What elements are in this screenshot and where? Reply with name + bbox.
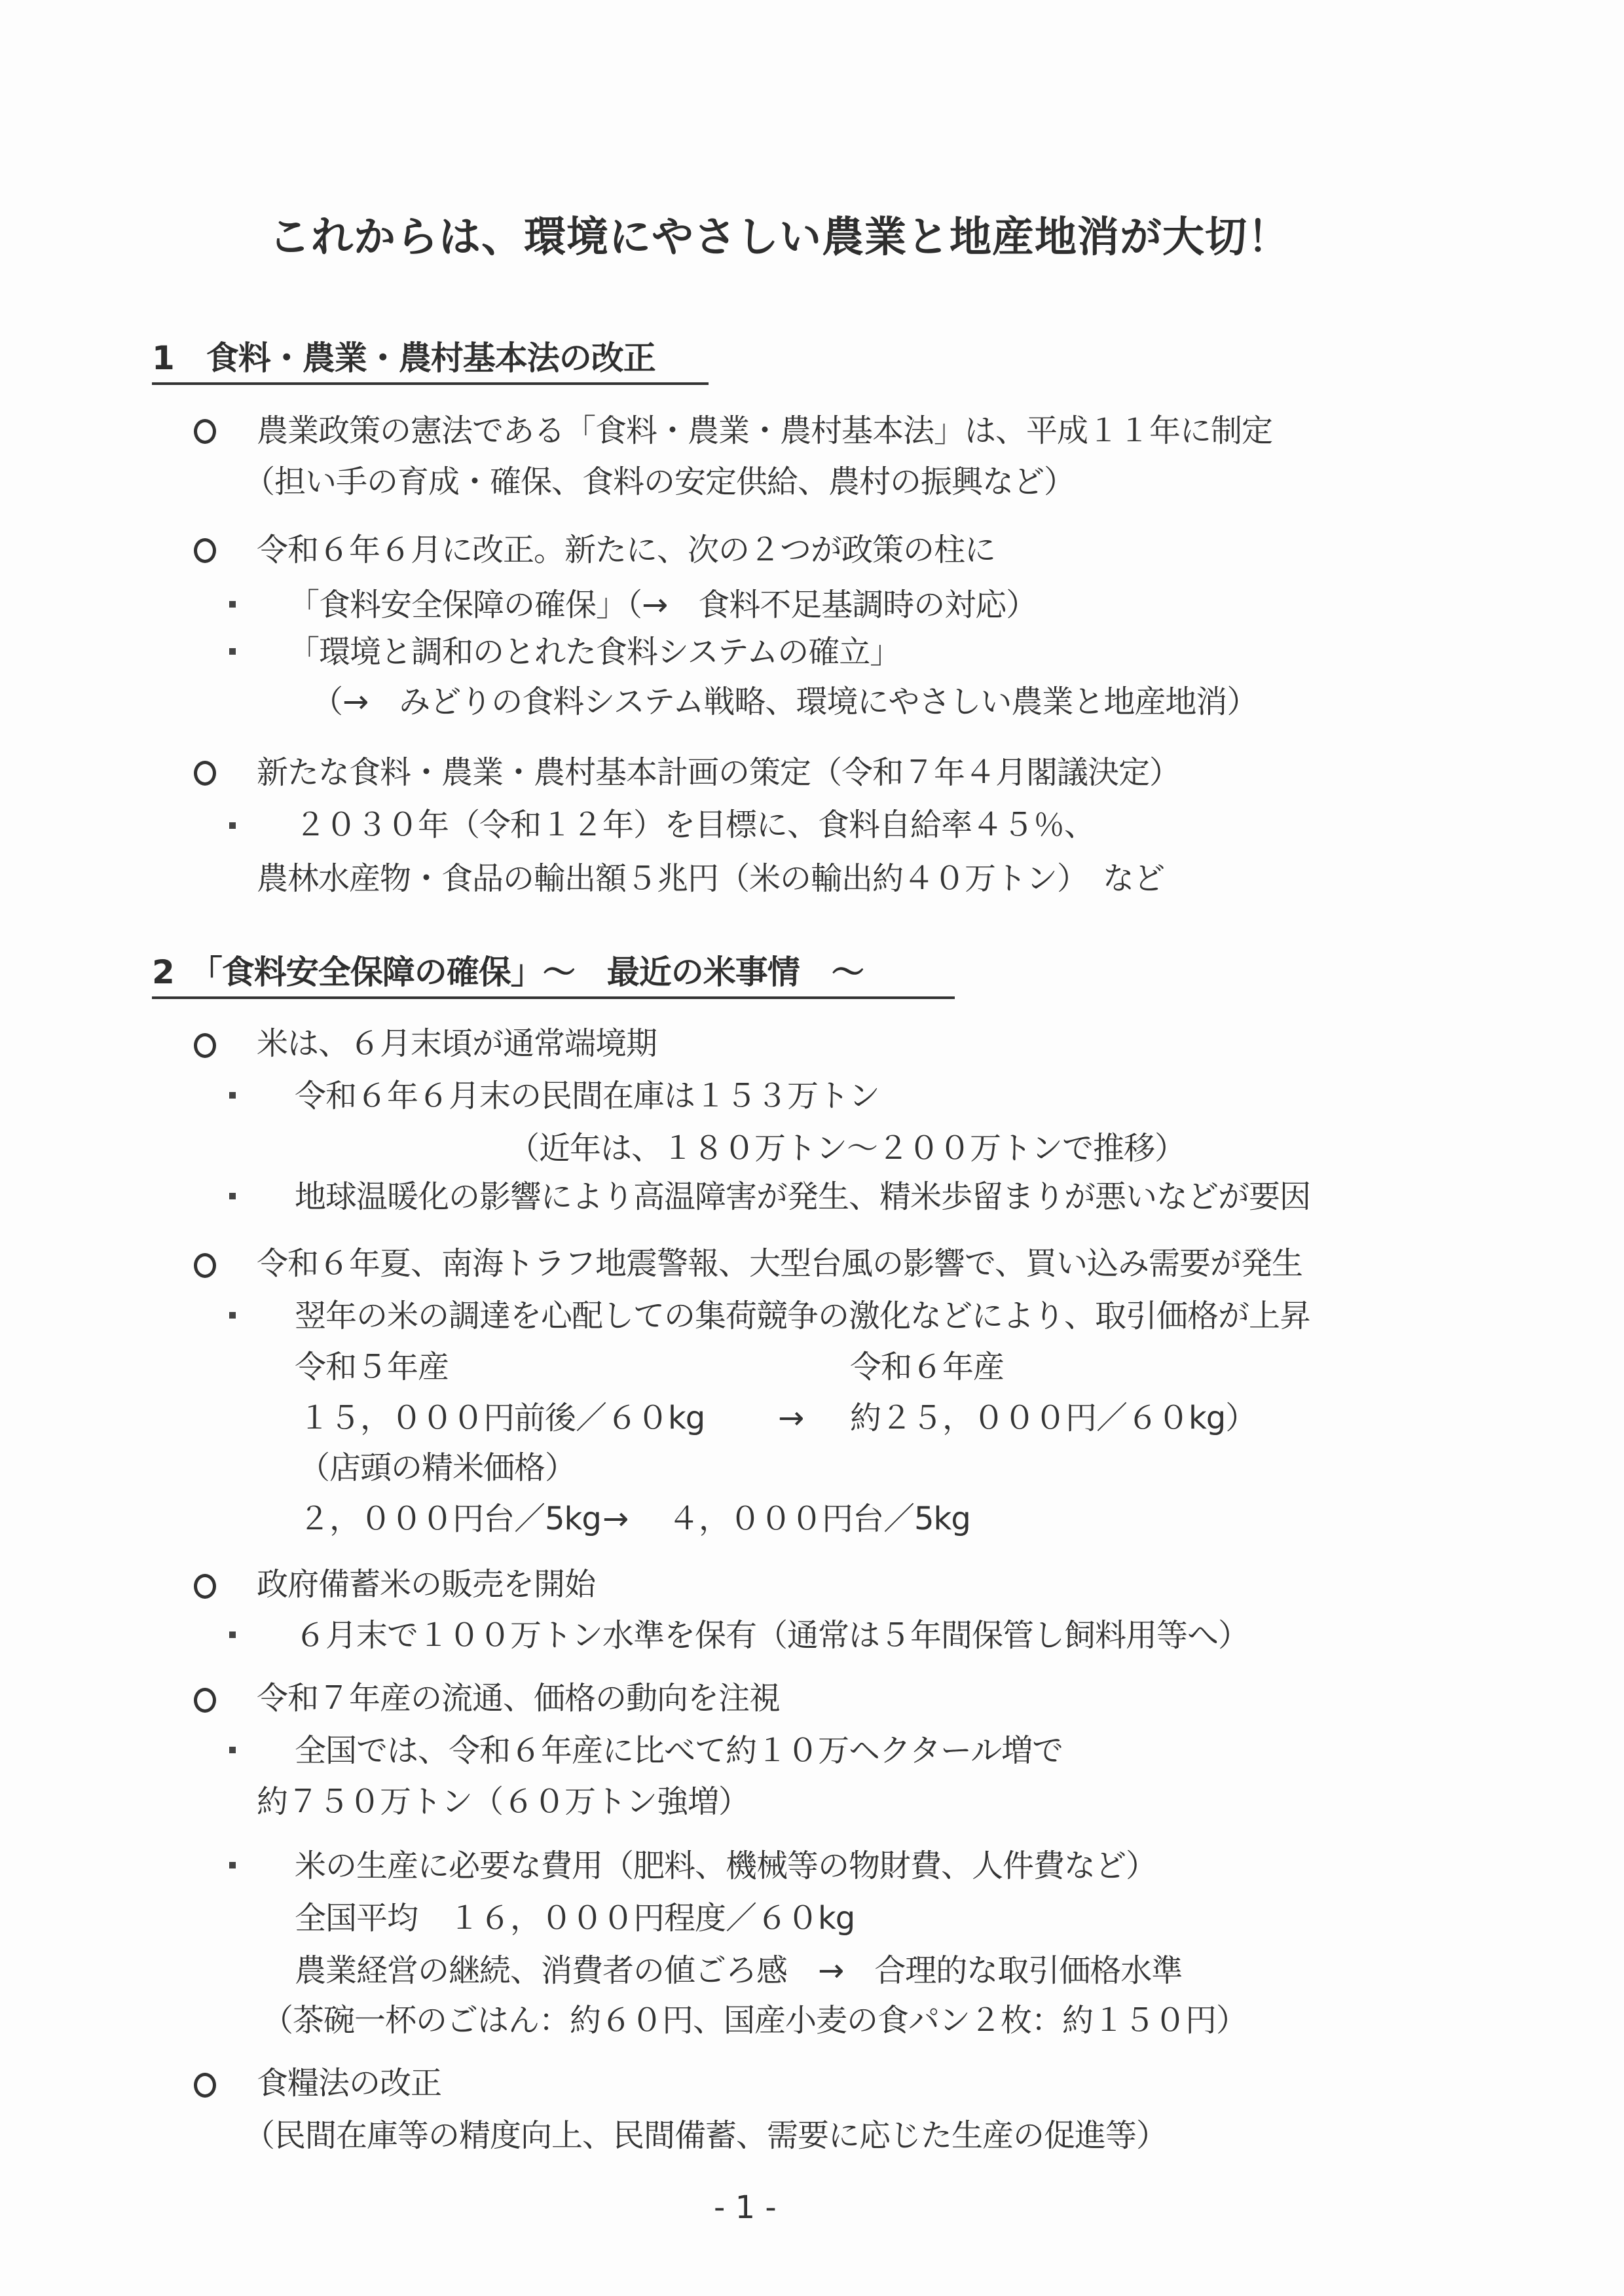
section-1-item-2: 令和６年６月に改正。新たに、次の２つが政策の柱に [257,529,995,571]
section-2-item-4-bullet-2: 米の生産に必要な費用（肥料、機械等の物財費、人件費など） [295,1845,1156,1887]
arrow-icon: → [778,1397,803,1439]
document-page: これからは、環境にやさしい農業と地産地消が大切！ 1 食料・農業・農村基本法の改… [0,0,1624,2296]
section-2-item-4-bullet-1-cont: 約７５０万トン（６０万トン強増） [257,1781,749,1823]
section-2-item-1-bullet-1-note: （近年は、１８０万トン～２００万トンで推移） [508,1127,1185,1169]
dot-bullet-icon [229,1092,236,1099]
section-1-item-1-note: （担い手の育成・確保、食料の安定供給、農村の振興など） [244,461,1075,503]
section-1-item-2-bullet-2-note: （→ みどりの食料システム戦略、環境にやさしい農業と地産地消） [312,681,1257,723]
dot-bullet-icon [229,1747,236,1753]
circle-bullet-icon [194,2073,216,2098]
dot-bullet-icon [229,1862,236,1868]
page-number: - 1 - [714,2187,777,2229]
section-2-item-2: 令和６年夏、南海トラフ地震警報、大型台風の影響で、買い込み需要が発生 [257,1243,1302,1285]
dot-bullet-icon [229,1312,236,1319]
circle-bullet-icon [194,761,216,786]
section-2-item-4-price-examples: （茶碗一杯のごはん：約６０円、国産小麦の食パン２枚：約１５０円） [262,1999,1247,2041]
dot-bullet-icon [229,648,236,655]
label-reiwa-5: 令和５年産 [295,1346,449,1388]
arrow-icon: → [602,1498,628,1540]
circle-bullet-icon [194,1688,216,1713]
section-2-item-3: 政府備蓄米の販売を開始 [257,1563,595,1605]
circle-bullet-icon [194,1574,216,1599]
section-2-item-2-bullet-1: 翌年の米の調達を心配しての集荷競争の激化などにより、取引価格が上昇 [295,1295,1310,1337]
section-2-item-4-bullet-1: 全国では、令和６年産に比べて約１０万ヘクタール増で [295,1730,1063,1772]
label-reiwa-6: 令和６年産 [850,1346,1004,1388]
section-2-item-1-bullet-1: 令和６年６月末の民間在庫は１５３万トン [295,1075,879,1117]
price-reiwa-6: 約２５，０００円／６０kg） [850,1397,1256,1439]
section-2-item-4: 令和７年産の流通、価格の動向を注視 [257,1677,780,1719]
circle-bullet-icon [194,1253,216,1278]
section-2-item-5: 食糧法の改正 [257,2062,441,2104]
section-1-heading: 1 食料・農業・農村基本法の改正 [152,335,709,385]
dot-bullet-icon [229,1631,236,1638]
section-1-item-3-bullet-1: ２０３０年（令和１２年）を目標に、食料自給率４５％、 [295,804,1095,846]
section-2-item-1: 米は、６月末頃が通常端境期 [257,1023,657,1065]
section-1-item-1: 農業政策の憲法である「食料・農業・農村基本法」は、平成１１年に制定 [257,410,1272,452]
circle-bullet-icon [194,1033,216,1058]
dot-bullet-icon [229,822,236,829]
section-2-item-5-note: （民間在庫等の精度向上、民間備蓄、需要に応じた生産の促進等） [244,2115,1167,2157]
document-title: これからは、環境にやさしい農業と地産地消が大切！ [268,208,1290,267]
retail-price-after: ４，０００円台／5kg [668,1498,970,1540]
circle-bullet-icon [194,419,216,444]
section-1-item-3: 新たな食料・農業・農村基本計画の策定（令和７年４月閣議決定） [257,752,1180,793]
retail-price-before: ２，０００円台／5kg [299,1498,601,1540]
section-1-item-2-bullet-2: 「環境と調和のとれた食料システムの確立」 [288,631,900,673]
dot-bullet-icon [229,1193,236,1199]
section-2-item-4-average-cost: 全国平均 １６，０００円程度／６０kg [295,1897,855,1939]
dot-bullet-icon [229,601,236,608]
section-2-item-4-fair-price: 農業経営の継続、消費者の値ごろ感 → 合理的な取引価格水準 [295,1950,1182,1992]
section-2-item-1-bullet-2: 地球温暖化の影響により高温障害が発生、精米歩留まりが悪いなどが要因 [295,1176,1310,1218]
retail-price-label: （店頭の精米価格） [299,1447,576,1489]
section-1-item-2-bullet-1: 「食料安全保障の確保」（→ 食料不足基調時の対応） [288,584,1037,626]
section-1-item-3-bullet-1-cont: 農林水産物・食品の輸出額５兆円（米の輸出約４０万トン） など [257,858,1164,900]
price-reiwa-5: １５，０００円前後／６０kg [299,1397,705,1439]
circle-bullet-icon [194,538,216,563]
section-2-heading: 2 「食料安全保障の確保」～ 最近の米事情 ～ [152,949,955,999]
section-2-item-3-bullet-1: ６月末で１００万トン水準を保有（通常は５年間保管し飼料用等へ） [295,1614,1249,1656]
